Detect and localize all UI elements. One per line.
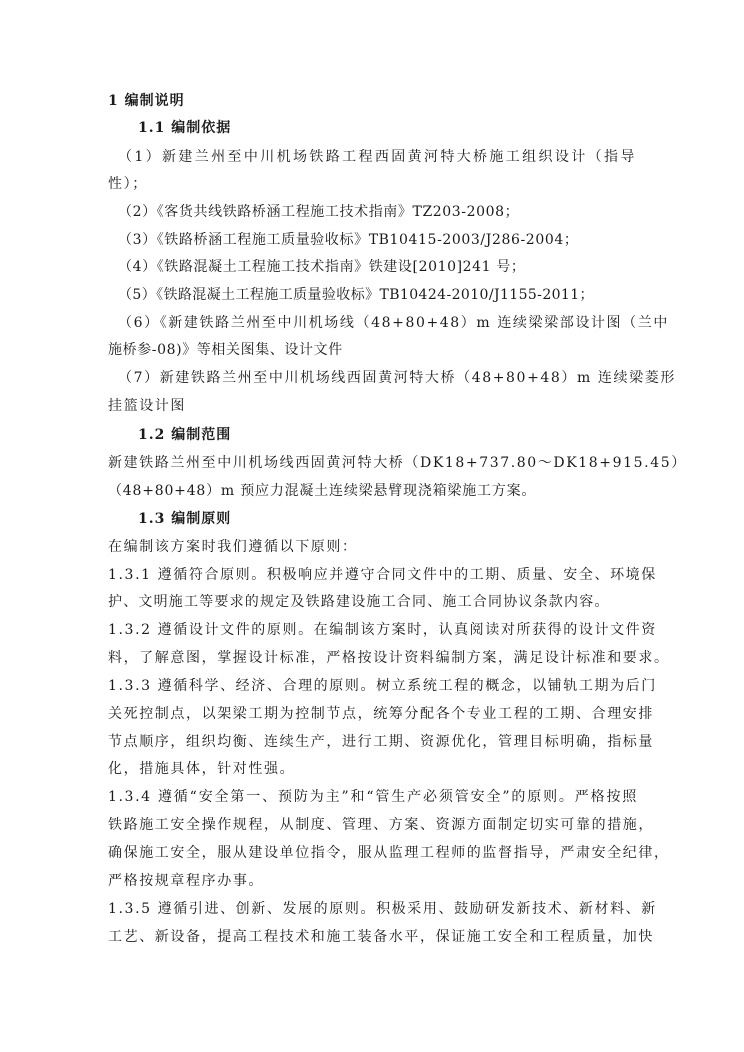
principle-5-line-2: 工艺、新设备，提高工程技术和施工装备水平，保证施工安全和工程质量，加快 — [108, 928, 638, 946]
basis-item-4: （4）《铁路混凝土工程施工技术指南》铁建设[2010]241 号； — [118, 258, 648, 276]
basis-item-7-cont: 挂篮设计图 — [108, 397, 638, 415]
basis-item-6: （6）《新建铁路兰州至中川机场线（48+80+48）m 连续梁梁部设计图（兰中 — [118, 314, 636, 332]
basis-item-1: （1）新建兰州至中川机场铁路工程西固黄河特大桥施工组织设计（指导 — [118, 148, 636, 166]
basis-item-7: （7）新建铁路兰州至中川机场线西固黄河特大桥（48+80+48）m 连续梁菱形 — [118, 369, 636, 387]
heading-1-3: 1.3 编制原则 — [138, 510, 668, 528]
scope-line-1: 新建铁路兰州至中川机场线西固黄河特大桥（DK18+737.80～DK18+915… — [108, 454, 638, 472]
principle-3-line-2: 关死控制点，以架梁工期为控制节点，统筹分配各个专业工程的工期、合理安排 — [108, 705, 638, 723]
principle-3-line-4: 化，措施具体，针对性强。 — [108, 760, 638, 778]
principle-4-line-1: 1.3.4 遵循“安全第一、预防为主”和“管生产必须管安全”的原则。严格按照 — [108, 788, 638, 806]
principle-3-line-3: 节点顺序，组织均衡、连续生产，进行工期、资源优化，管理目标明确，指标量 — [108, 733, 638, 751]
basis-item-2: （2）《客货共线铁路桥涵工程施工技术指南》TZ203-2008； — [118, 203, 648, 221]
heading-1-2: 1.2 编制范围 — [138, 426, 668, 444]
principle-4-line-4: 严格按规章程序办事。 — [108, 872, 638, 890]
document-page: 1 编制说明 1.1 编制依据 （1）新建兰州至中川机场铁路工程西固黄河特大桥施… — [0, 0, 744, 1052]
principle-5-line-1: 1.3.5 遵循引进、创新、发展的原则。积极采用、鼓励研发新技术、新材料、新 — [108, 900, 638, 918]
heading-1-1: 1.1 编制依据 — [138, 119, 668, 137]
principles-intro: 在编制该方案时我们遵循以下原则： — [108, 538, 638, 556]
heading-1: 1 编制说明 — [108, 92, 638, 110]
principle-2-line-1: 1.3.2 遵循设计文件的原则。在编制该方案时，认真阅读对所获得的设计文件资 — [108, 621, 638, 639]
scope-line-2: （48+80+48）m 预应力混凝土连续梁悬臂现浇箱梁施工方案。 — [108, 482, 638, 500]
principle-4-line-2: 铁路施工安全操作规程，从制度、管理、方案、资源方面制定切实可靠的措施， — [108, 816, 638, 834]
principle-3-line-1: 1.3.3 遵循科学、经济、合理的原则。树立系统工程的概念，以铺轨工期为后门 — [108, 677, 638, 695]
basis-item-5: （5）《铁路混凝土工程施工质量验收标》TB10424-2010/J1155-20… — [118, 286, 648, 304]
principle-4-line-3: 确保施工安全，服从建设单位指令，服从监理工程师的监督指导，严肃安全纪律， — [108, 844, 638, 862]
principle-1-line-1: 1.3.1 遵循符合原则。积极响应并遵守合同文件中的工期、质量、安全、环境保 — [108, 566, 638, 584]
basis-item-6-cont: 施桥参-08)》等相关图集、设计文件 — [108, 341, 638, 359]
basis-item-3: （3）《铁路桥涵工程施工质量验收标》TB10415-2003/J286-2004… — [118, 231, 648, 249]
basis-item-1-cont: 性）； — [108, 175, 638, 193]
principle-1-line-2: 护、文明施工等要求的规定及铁路建设施工合同、施工合同协议条款内容。 — [108, 593, 638, 611]
principle-2-line-2: 料，了解意图，掌握设计标准，严格按设计资料编制方案，满足设计标准和要求。 — [108, 649, 638, 667]
